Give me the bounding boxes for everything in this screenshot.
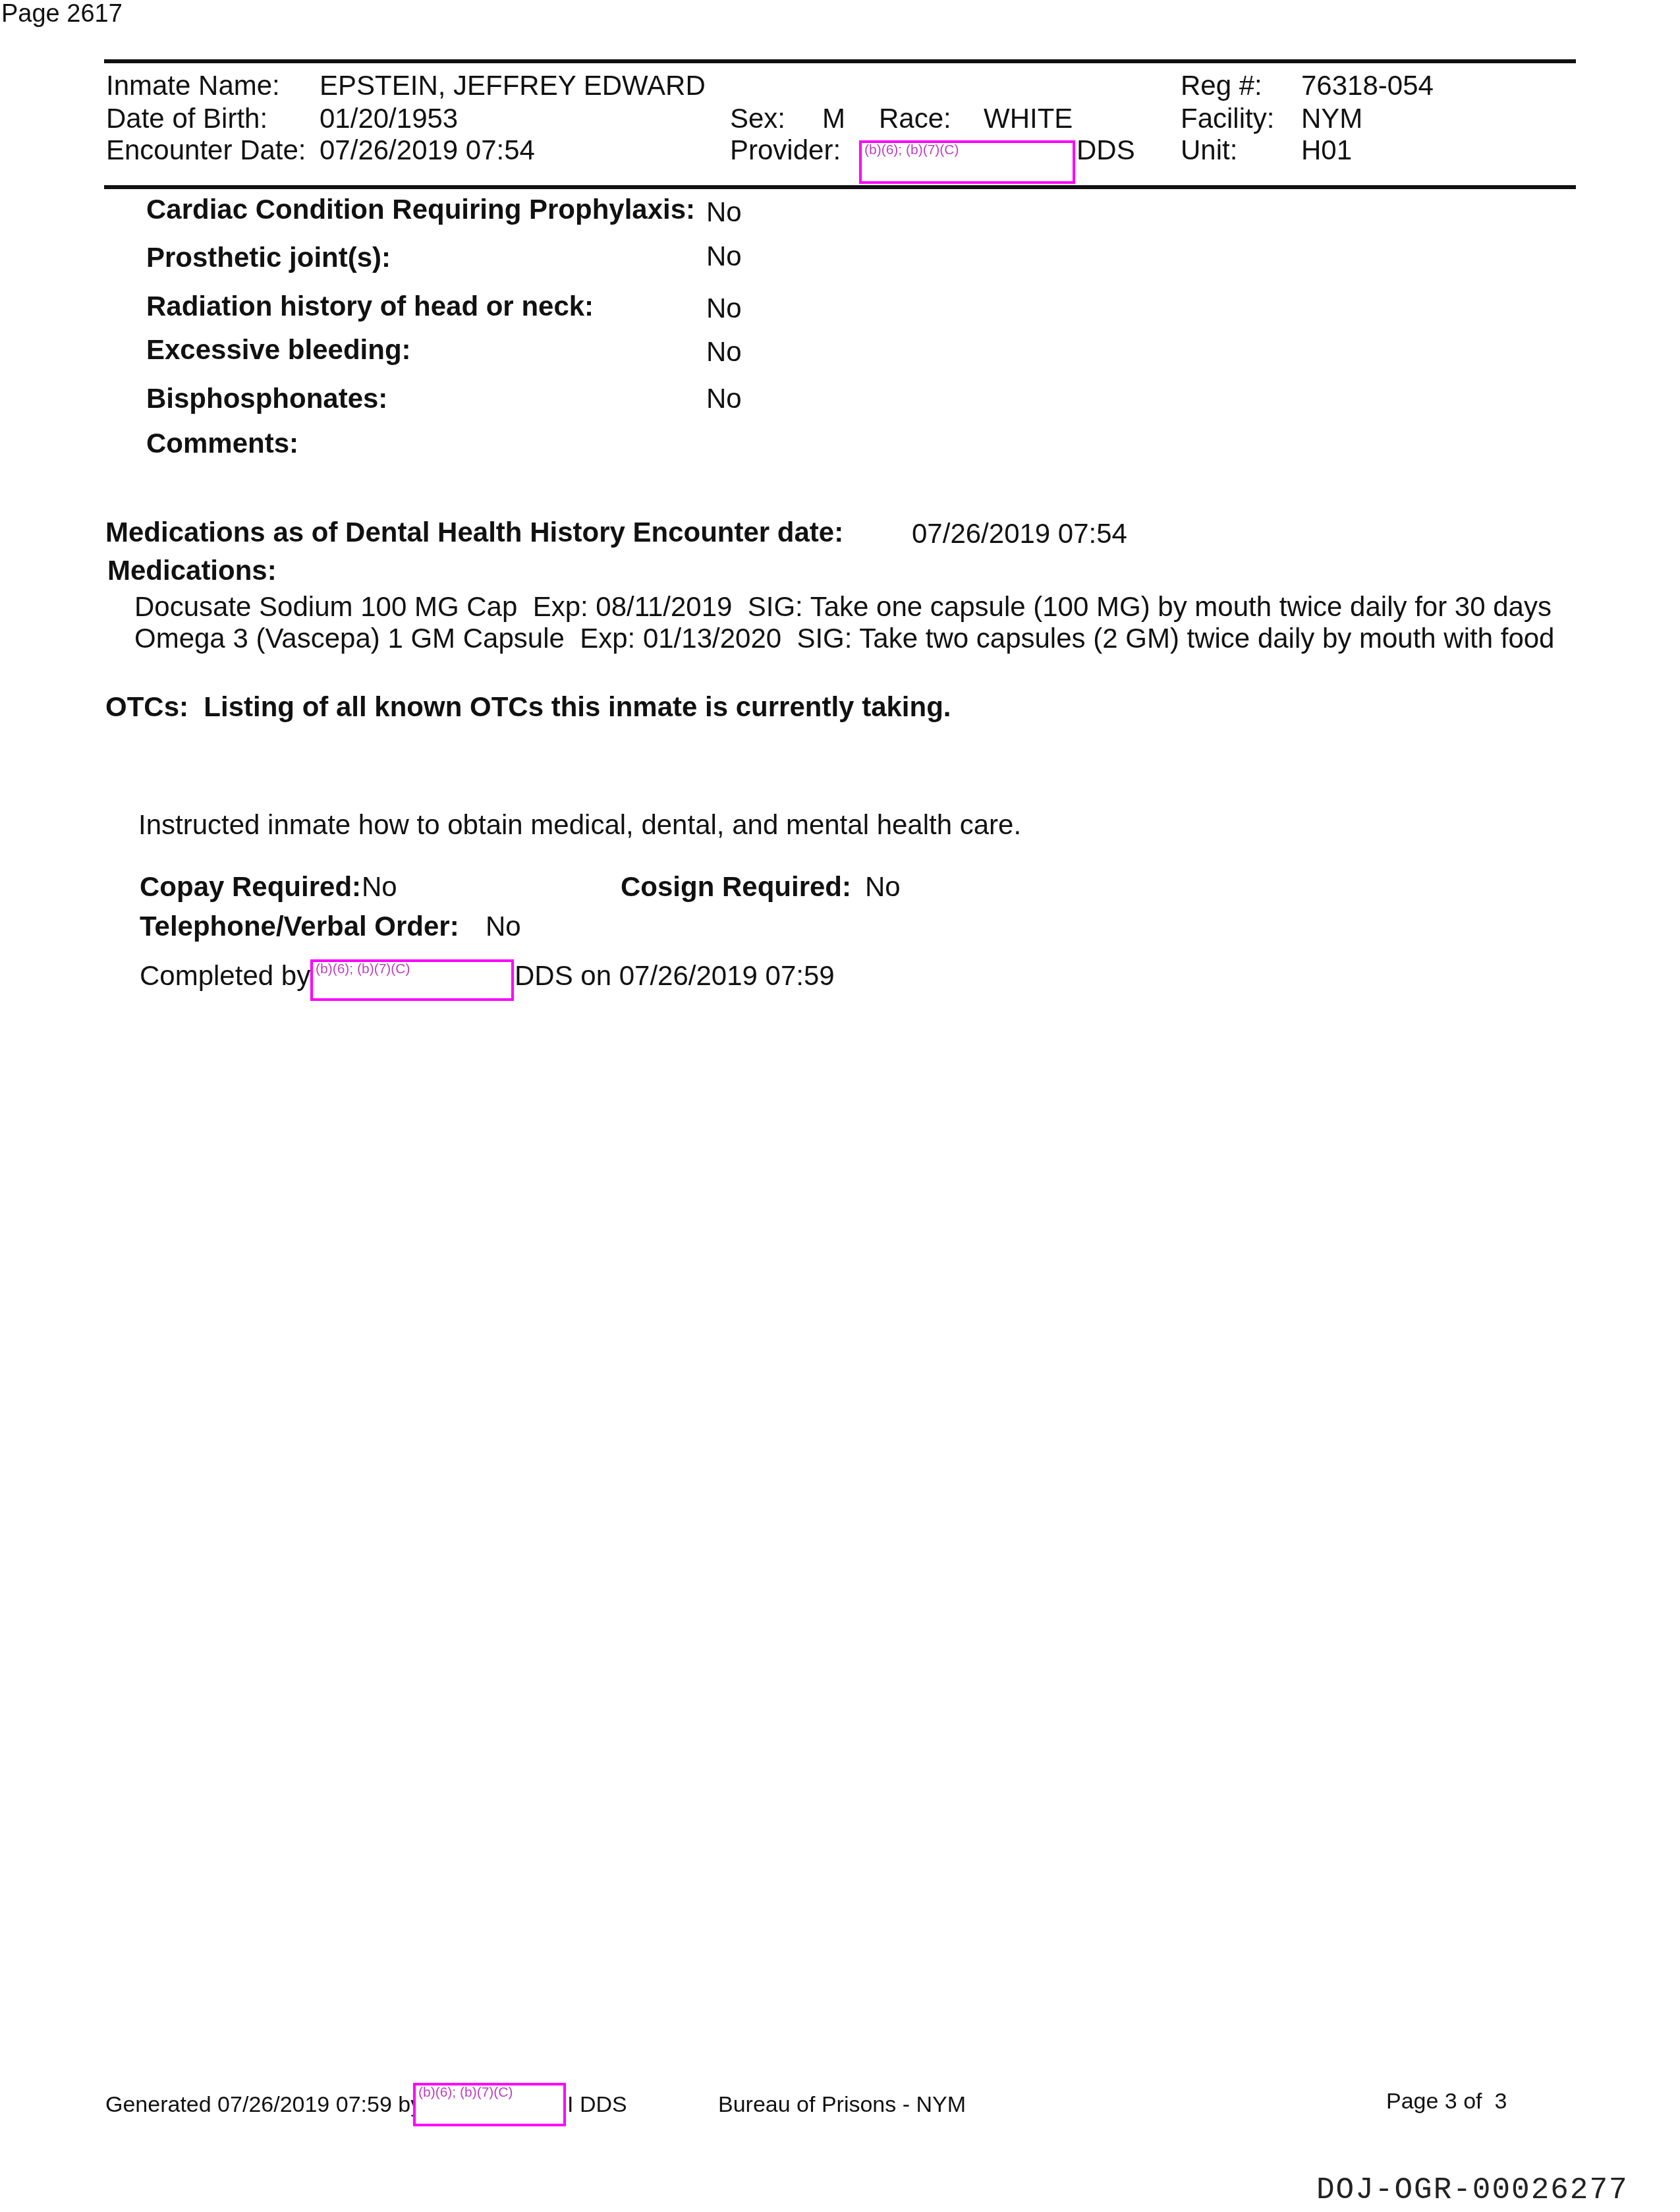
- medications-heading-date: 07/26/2019 07:54: [912, 520, 1127, 548]
- redaction-code: (b)(6); (b)(7)(C): [418, 2085, 513, 2099]
- provider-label: Provider:: [730, 136, 841, 164]
- redaction-code: (b)(6); (b)(7)(C): [316, 962, 410, 976]
- page-stamp: Page 2617: [1, 1, 123, 26]
- unit-label: Unit:: [1181, 136, 1237, 164]
- history-label: Radiation history of head or neck:: [146, 293, 594, 320]
- comments-label: Comments:: [146, 430, 298, 457]
- history-value: No: [706, 338, 742, 366]
- completed-by-prefix: Completed by: [140, 962, 310, 990]
- facility-label: Facility:: [1181, 105, 1274, 132]
- cosign-value: No: [865, 873, 901, 901]
- history-value: No: [706, 198, 742, 226]
- header-bottom-rule: [104, 185, 1576, 189]
- unit-value: H01: [1301, 136, 1352, 164]
- provider-suffix: DDS: [1077, 136, 1135, 164]
- footer-organization: Bureau of Prisons - NYM: [718, 2093, 966, 2116]
- sex-value: M: [822, 105, 845, 132]
- copay-label: Copay Required:: [140, 873, 361, 901]
- encounter-date-label: Encounter Date:: [106, 136, 306, 164]
- inmate-name-value: EPSTEIN, JEFFREY EDWARD: [320, 72, 706, 99]
- header-top-rule: [104, 59, 1576, 63]
- dob-value: 01/20/1953: [320, 105, 458, 132]
- history-label: Excessive bleeding:: [146, 336, 411, 364]
- instructions-text: Instructed inmate how to obtain medical,…: [138, 811, 1021, 839]
- copay-value: No: [362, 873, 397, 901]
- otcs-heading: OTCs: Listing of all known OTCs this inm…: [105, 693, 951, 721]
- telephone-order-label: Telephone/Verbal Order:: [140, 913, 459, 940]
- redaction-code: (b)(6); (b)(7)(C): [864, 143, 959, 157]
- history-label: Bisphosphonates:: [146, 385, 387, 412]
- medications-heading: Medications as of Dental Health History …: [105, 519, 843, 546]
- history-value: No: [706, 385, 742, 412]
- completed-by-redaction-box: (b)(6); (b)(7)(C): [310, 959, 514, 1001]
- race-value: WHITE: [984, 105, 1073, 132]
- history-value: No: [706, 242, 742, 270]
- medication-item: Docusate Sodium 100 MG Cap Exp: 08/11/20…: [134, 593, 1552, 621]
- page-number: Page 3 of 3: [1386, 2090, 1507, 2113]
- dob-label: Date of Birth:: [106, 105, 267, 132]
- encounter-date-value: 07/26/2019 07:54: [320, 136, 535, 164]
- medication-item: Omega 3 (Vascepa) 1 GM Capsule Exp: 01/1…: [134, 625, 1554, 652]
- facility-value: NYM: [1301, 105, 1362, 132]
- medications-subheading: Medications:: [107, 557, 277, 584]
- generated-by-suffix: I DDS: [567, 2093, 627, 2116]
- sex-label: Sex:: [730, 105, 785, 132]
- reg-label: Reg #:: [1181, 72, 1262, 99]
- history-label: Cardiac Condition Requiring Prophylaxis:: [146, 196, 695, 223]
- generated-by-prefix: Generated 07/26/2019 07:59 by: [105, 2093, 422, 2116]
- generated-by-redaction-box: (b)(6); (b)(7)(C): [413, 2083, 566, 2126]
- bates-number: DOJ-OGR-00026277: [1316, 2175, 1629, 2205]
- cosign-label: Cosign Required:: [621, 873, 851, 901]
- inmate-name-label: Inmate Name:: [106, 72, 280, 99]
- race-label: Race:: [879, 105, 951, 132]
- telephone-order-value: No: [486, 913, 521, 940]
- history-label: Prosthetic joint(s):: [146, 244, 391, 271]
- provider-redaction-box: (b)(6); (b)(7)(C): [859, 140, 1075, 184]
- history-value: No: [706, 295, 742, 322]
- completed-by-suffix: DDS on 07/26/2019 07:59: [515, 962, 835, 990]
- reg-value: 76318-054: [1301, 72, 1434, 99]
